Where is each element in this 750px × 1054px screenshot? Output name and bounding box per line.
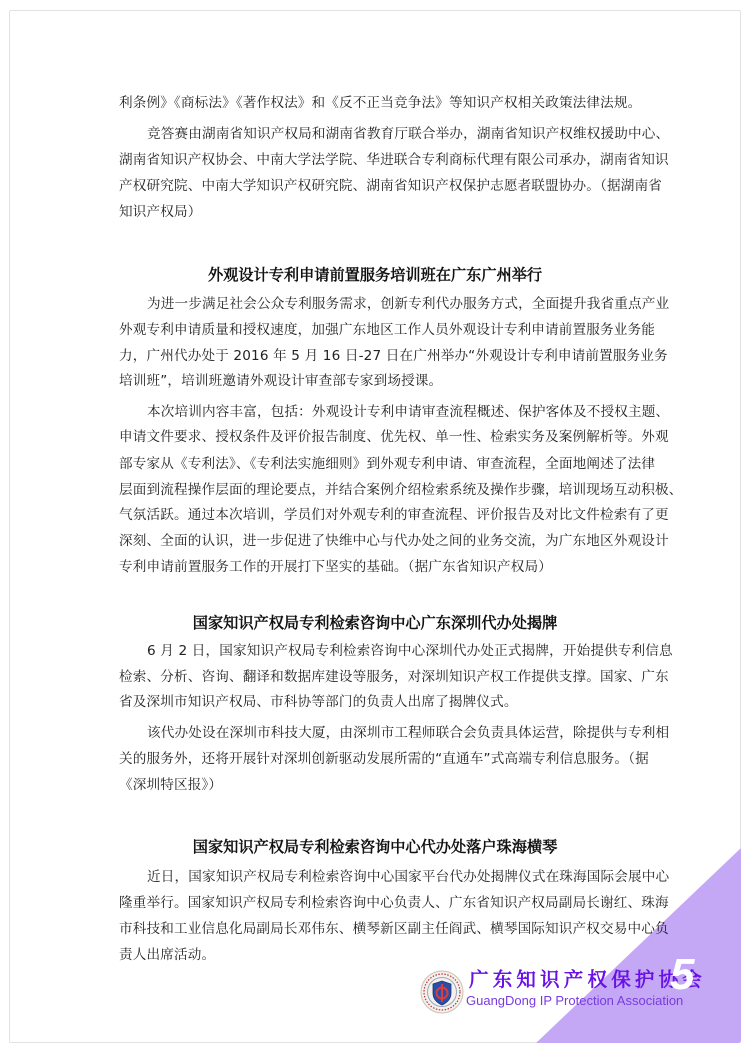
paragraph-line: 培训班”，培训班邀请外观设计审查部专家到场授课。 <box>119 372 633 390</box>
article-title: 外观设计专利申请前置服务培训班在广东广州举行 <box>100 265 650 285</box>
paragraph-line: 层面到流程操作层面的理论要点，并结合案例介绍检索系统及操作步骤，培训现场互动积极… <box>119 481 633 499</box>
paragraph-line: 《深圳特区报》） <box>119 776 633 794</box>
paragraph-line: 专利申请前置服务工作的开展打下坚实的基础。（据广东省知识产权局） <box>119 558 633 576</box>
article-title: 国家知识产权局专利检索咨询中心广东深圳代办处揭牌 <box>100 613 650 633</box>
paragraph-line: 竞答赛由湖南省知识产权局和湖南省教育厅联合举办，湖南省知识产权维权援助中心、 <box>147 125 633 143</box>
paragraph-line: 6 月 2 日，国家知识产权局专利检索咨询中心深圳代办处正式揭牌，开始提供专利信… <box>147 642 633 660</box>
paragraph-line: 力，广州代办处于 2016 年 5 月 16 日-27 日在广州举办“外观设计专… <box>119 347 633 365</box>
page-number: 5 <box>670 950 694 1000</box>
paragraph-line: 责人出席活动。 <box>119 946 633 964</box>
paragraph-line: 知识产权局） <box>119 203 633 221</box>
paragraph-line: 隆重举行。国家知识产权局专利检索咨询中心负责人、广东省知识产权局副局长谢红、珠海 <box>119 894 633 912</box>
association-emblem-icon <box>420 970 464 1014</box>
paragraph-line: 检索、分析、咨询、翻译和数据库建设等服务，对深圳知识产权工作提供支撑。国家、广东 <box>119 668 633 686</box>
paragraph-line: 本次培训内容丰富，包括：外观设计专利申请审查流程概述、保护客体及不授权主题、 <box>147 403 633 421</box>
paragraph-line: 深刻、全面的认识，进一步促进了快维中心与代办处之间的业务交流，为广东地区外观设计 <box>119 532 633 550</box>
paragraph-line: 申请文件要求、授权条件及评价报告制度、优先权、单一性、检索实务及案例解析等。外观 <box>119 428 633 446</box>
paragraph-line: 该代办处设在深圳市科技大厦，由深圳市工程师联合会负责具体运营，除提供与专利相 <box>147 724 633 742</box>
organization-name-en: GuangDong IP Protection Association <box>466 993 683 1009</box>
paragraph-line: 关的服务外，还将开展针对深圳创新驱动发展所需的“直通车”式高端专利信息服务。（据 <box>119 750 633 768</box>
paragraph-line: 气氛活跃。通过本次培训，学员们对外观专利的审查流程、评价报告及对比文件检索有了更 <box>119 506 633 524</box>
article-title: 国家知识产权局专利检索咨询中心代办处落户珠海横琴 <box>100 837 650 857</box>
paragraph-line: 部专家从《专利法》、《专利法实施细则》到外观专利申请、审查流程，全面地阐述了法律 <box>119 455 633 473</box>
paragraph-line: 市科技和工业信息化局副局长邓伟东、横琴新区副主任阎武、横琴国际知识产权交易中心负 <box>119 920 633 938</box>
paragraph-line: 省及深圳市知识产权局、市科协等部门的负责人出席了揭牌仪式。 <box>119 693 633 711</box>
intro-line: 利条例》《商标法》《著作权法》和《反不正当竞争法》等知识产权相关政策法律法规。 <box>119 94 633 112</box>
paragraph-line: 产权研究院、中南大学知识产权研究院、湖南省知识产权保护志愿者联盟协办。（据湖南省 <box>119 177 633 195</box>
paragraph-line: 外观专利申请质量和授权速度，加强广东地区工作人员外观设计专利申请前置服务业务能 <box>119 321 633 339</box>
paragraph-line: 为进一步满足社会公众专利服务需求，创新专利代办服务方式，全面提升我省重点产业 <box>147 295 633 313</box>
paragraph-line: 近日，国家知识产权局专利检索咨询中心国家平台代办处揭牌仪式在珠海国际会展中心 <box>147 868 633 886</box>
paragraph-line: 湖南省知识产权协会、中南大学法学院、华进联合专利商标代理有限公司承办，湖南省知识 <box>119 151 633 169</box>
